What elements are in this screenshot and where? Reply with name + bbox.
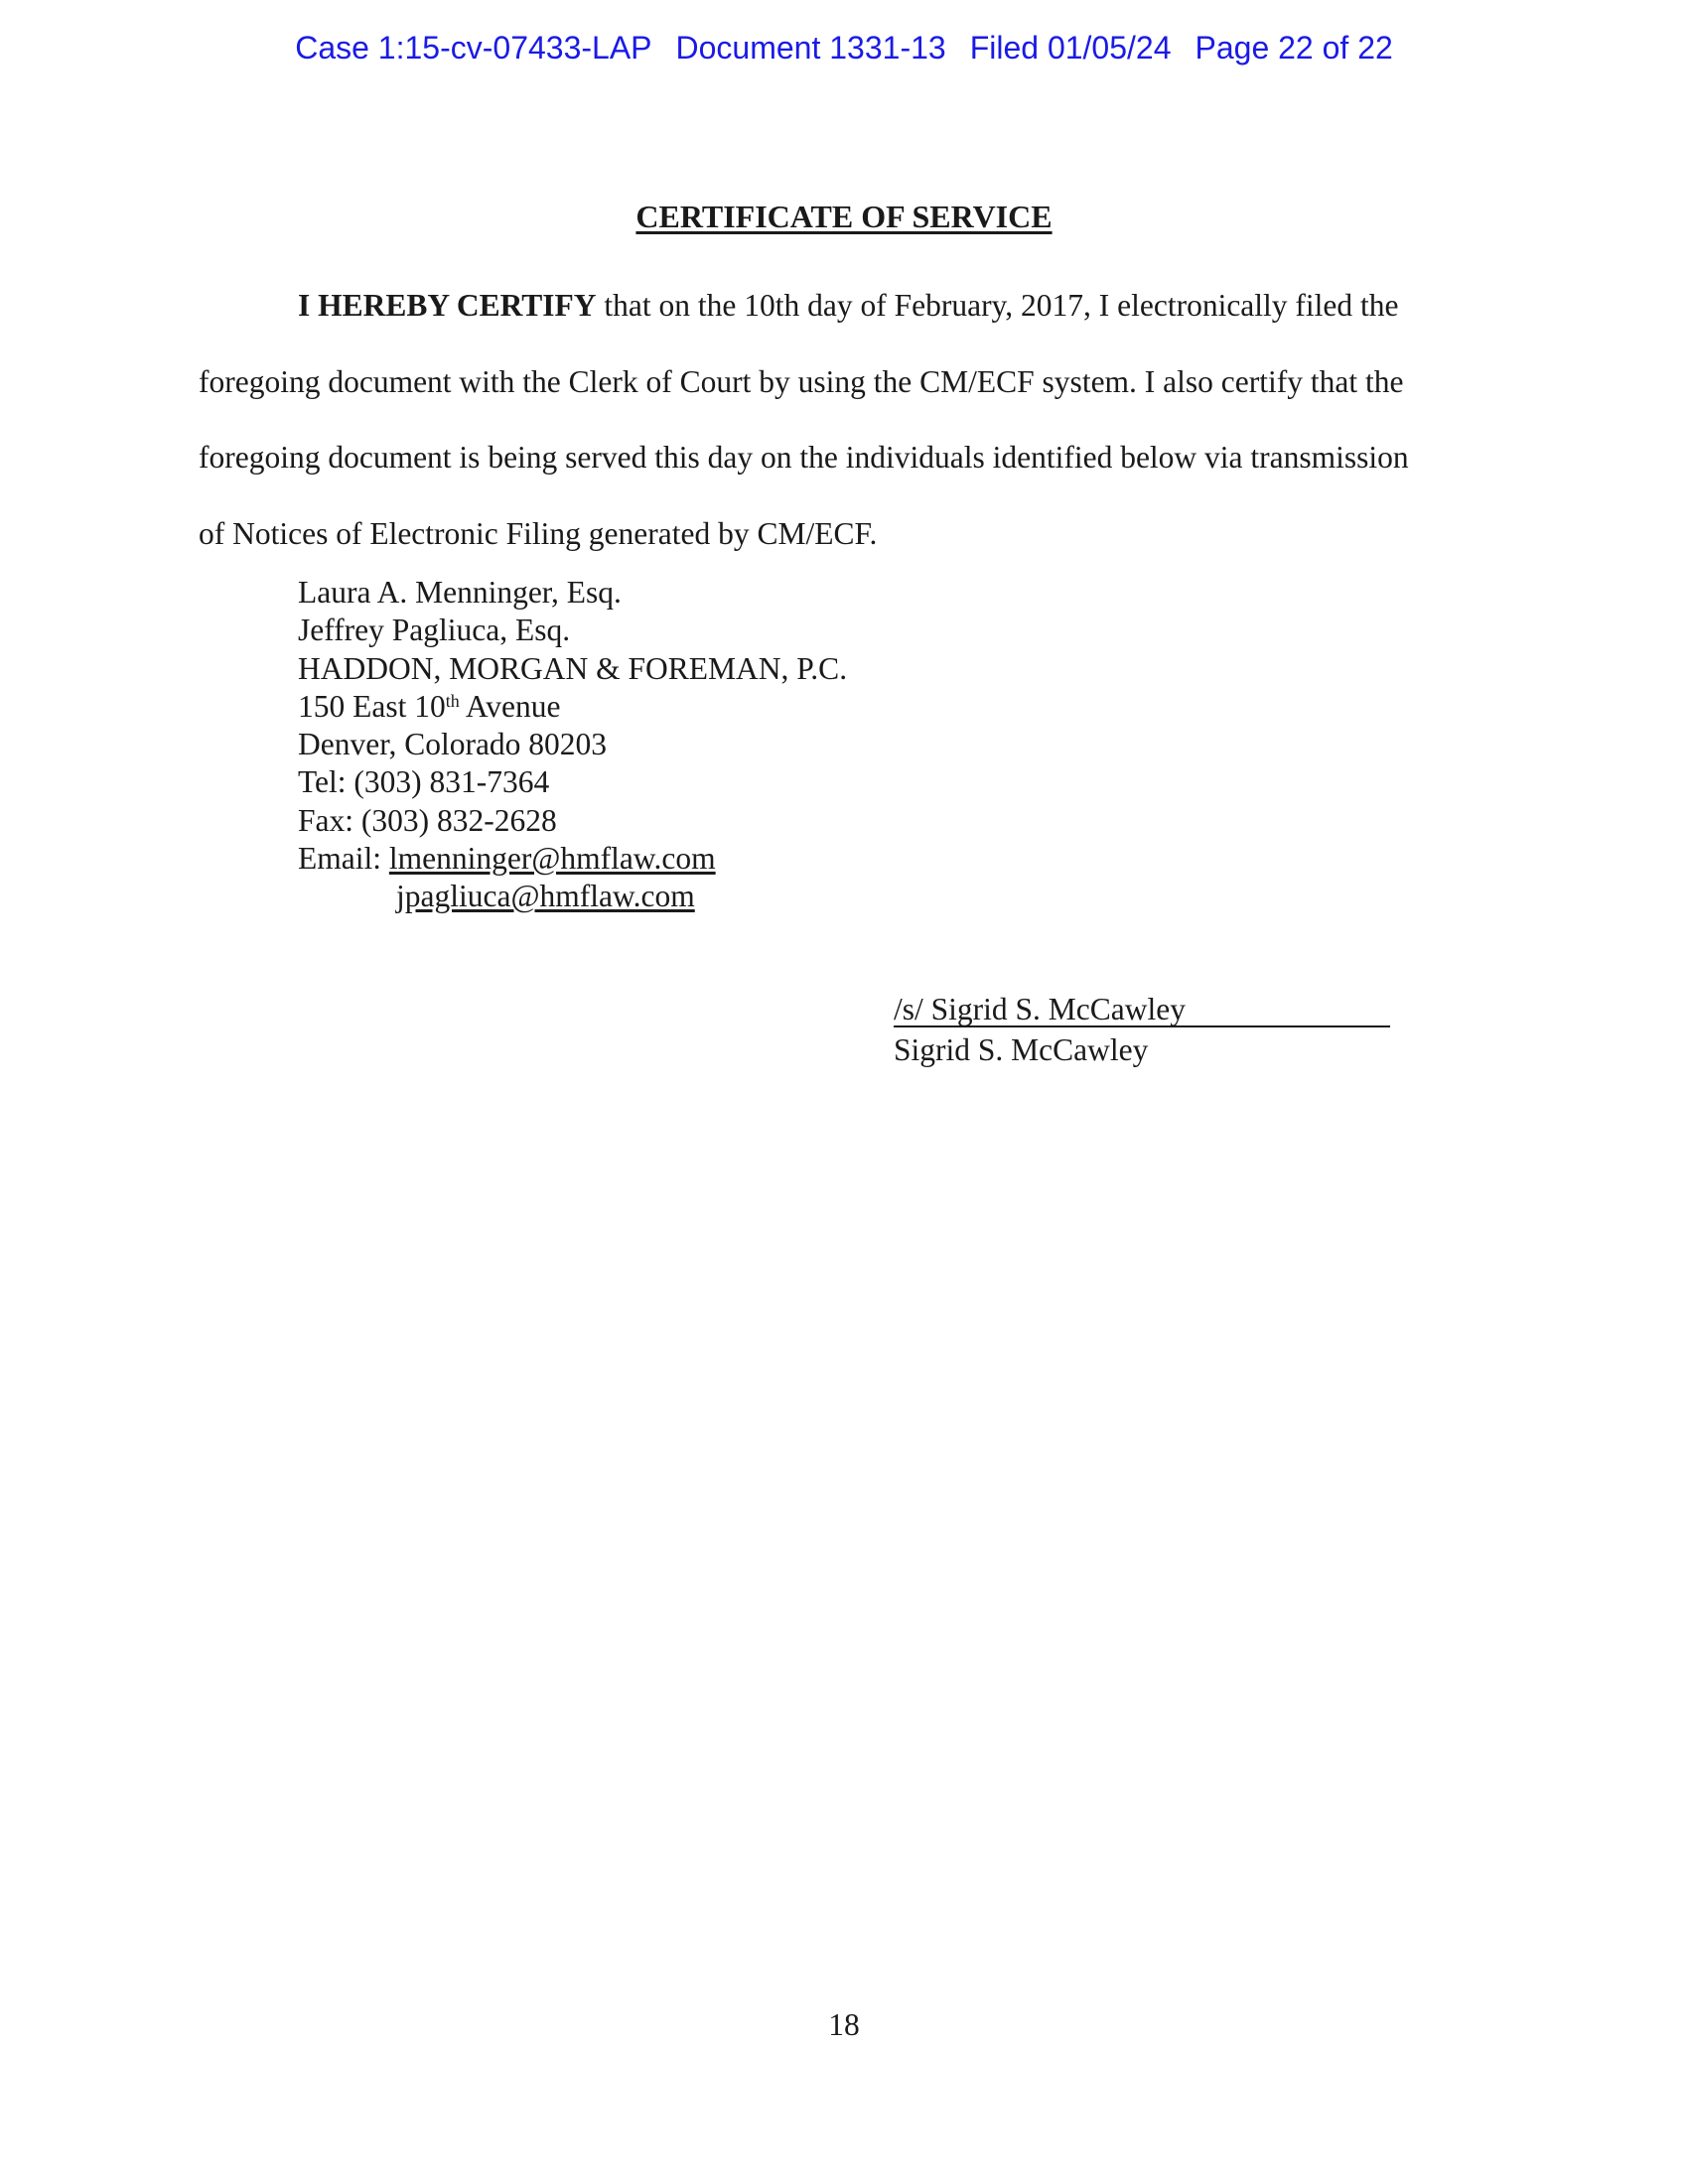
email-link-pagliuca[interactable]: jpagliuca@hmflaw.com	[396, 879, 695, 913]
certification-paragraph: I HEREBY CERTIFY that on the 10th day of…	[199, 268, 1489, 572]
fax: Fax: (303) 832-2628	[298, 802, 847, 840]
ecf-header-stamp: Case 1:15-cv-07433-LAPDocument 1331-13Fi…	[0, 30, 1688, 67]
recipient-name-2: Jeffrey Pagliuca, Esq.	[298, 612, 847, 649]
paragraph-line-3: foregoing document is being served this …	[199, 420, 1489, 496]
telephone: Tel: (303) 831-7364	[298, 763, 847, 801]
paragraph-line-2: foregoing document with the Clerk of Cou…	[199, 344, 1489, 421]
signer-name: Sigrid S. McCawley	[894, 1031, 1390, 1069]
service-list: Laura A. Menninger, Esq. Jeffrey Pagliuc…	[298, 574, 847, 916]
email-line-2: jpagliuca@hmflaw.com	[298, 878, 847, 915]
street-name: Avenue	[460, 689, 561, 724]
document-title: CERTIFICATE OF SERVICE	[0, 199, 1688, 235]
certify-lead: I HEREBY CERTIFY	[298, 288, 597, 323]
filed-date: Filed 01/05/24	[970, 30, 1172, 66]
paragraph-line-4: of Notices of Electronic Filing generate…	[199, 496, 1489, 573]
street-address: 150 East 10th Avenue	[298, 688, 847, 726]
email-link-menninger[interactable]: lmenninger@hmflaw.com	[389, 841, 716, 876]
case-number: Case 1:15-cv-07433-LAP	[295, 30, 651, 66]
paragraph-line-1: I HEREBY CERTIFY that on the 10th day of…	[199, 268, 1489, 344]
page-number: 18	[0, 2007, 1688, 2043]
ordinal-suffix: th	[446, 691, 460, 711]
law-firm: HADDON, MORGAN & FOREMAN, P.C.	[298, 650, 847, 688]
recipient-name-1: Laura A. Menninger, Esq.	[298, 574, 847, 612]
email-label: Email:	[298, 841, 389, 876]
email-line: Email: lmenninger@hmflaw.com	[298, 840, 847, 878]
street-number: 150 East 10	[298, 689, 446, 724]
electronic-signature: /s/ Sigrid S. McCawley	[894, 994, 1390, 1027]
line1-text: that on the 10th day of February, 2017, …	[597, 288, 1399, 323]
page-count: Page 22 of 22	[1196, 30, 1393, 66]
document-number: Document 1331-13	[676, 30, 946, 66]
signature-block: /s/ Sigrid S. McCawley Sigrid S. McCawle…	[894, 991, 1390, 1070]
city-state-zip: Denver, Colorado 80203	[298, 726, 847, 763]
